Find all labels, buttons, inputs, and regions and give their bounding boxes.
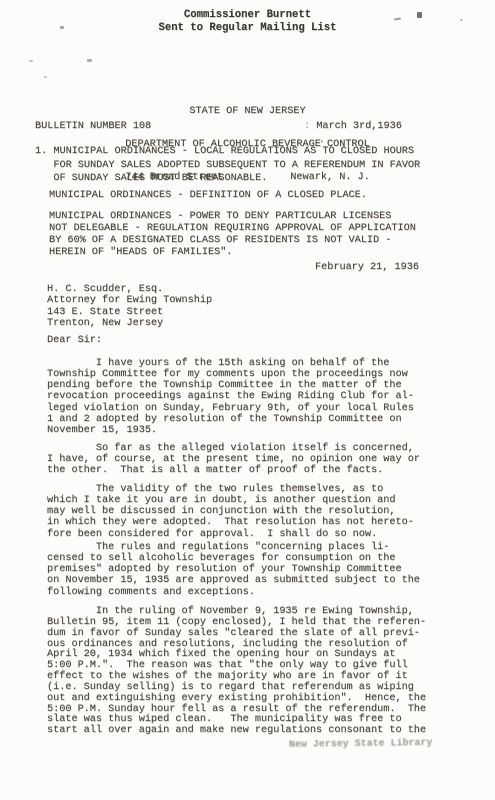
scan-speck <box>414 731 416 733</box>
letter-date: February 21, 1936 <box>315 262 419 273</box>
body-paragraph-1: I have yours of the 15th asking on behal… <box>47 358 414 436</box>
bulletin-number: BULLETIN NUMBER 108 <box>35 121 151 132</box>
scanned-document-page: Commissioner Burnett Sent to Regular Mai… <box>0 0 495 800</box>
recipient-address: H. C. Scudder, Esq. Attorney for Ewing T… <box>47 284 212 330</box>
scan-speck <box>44 76 47 78</box>
bulletin-date-text: March 3rd,1936 <box>316 121 402 132</box>
syllabus-item-1: 1. MUNICIPAL ORDINANCES - LOCAL REGULATI… <box>35 145 420 186</box>
scan-speck <box>87 59 92 62</box>
syllabus-item-3: MUNICIPAL ORDINANCES - POWER TO DENY PAR… <box>49 211 416 259</box>
scan-speck <box>417 12 422 18</box>
letterhead-state: STATE OF NEW JERSEY <box>0 106 495 117</box>
body-paragraph-5: In the ruling of November 9, 1935 re Ewi… <box>47 607 426 737</box>
scan-speck <box>60 26 64 29</box>
salutation: Dear Sir: <box>47 335 102 346</box>
scan-speck <box>321 140 323 143</box>
scan-speck <box>29 60 33 62</box>
body-paragraph-4: The rules and regulations "concerning pl… <box>47 542 420 598</box>
library-stamp: New Jersey State Library <box>289 737 433 750</box>
bulletin-date: : March 3rd,1936 <box>304 121 402 132</box>
body-paragraph-2: So far as the alleged violation itself i… <box>47 443 420 476</box>
scan-speck <box>460 19 463 21</box>
syllabus-item-2: MUNICIPAL ORDINANCES - DEFINITION OF A C… <box>49 190 367 201</box>
scan-mark: : <box>304 121 316 132</box>
body-paragraph-3: The validity of the two rules themselves… <box>47 484 414 540</box>
